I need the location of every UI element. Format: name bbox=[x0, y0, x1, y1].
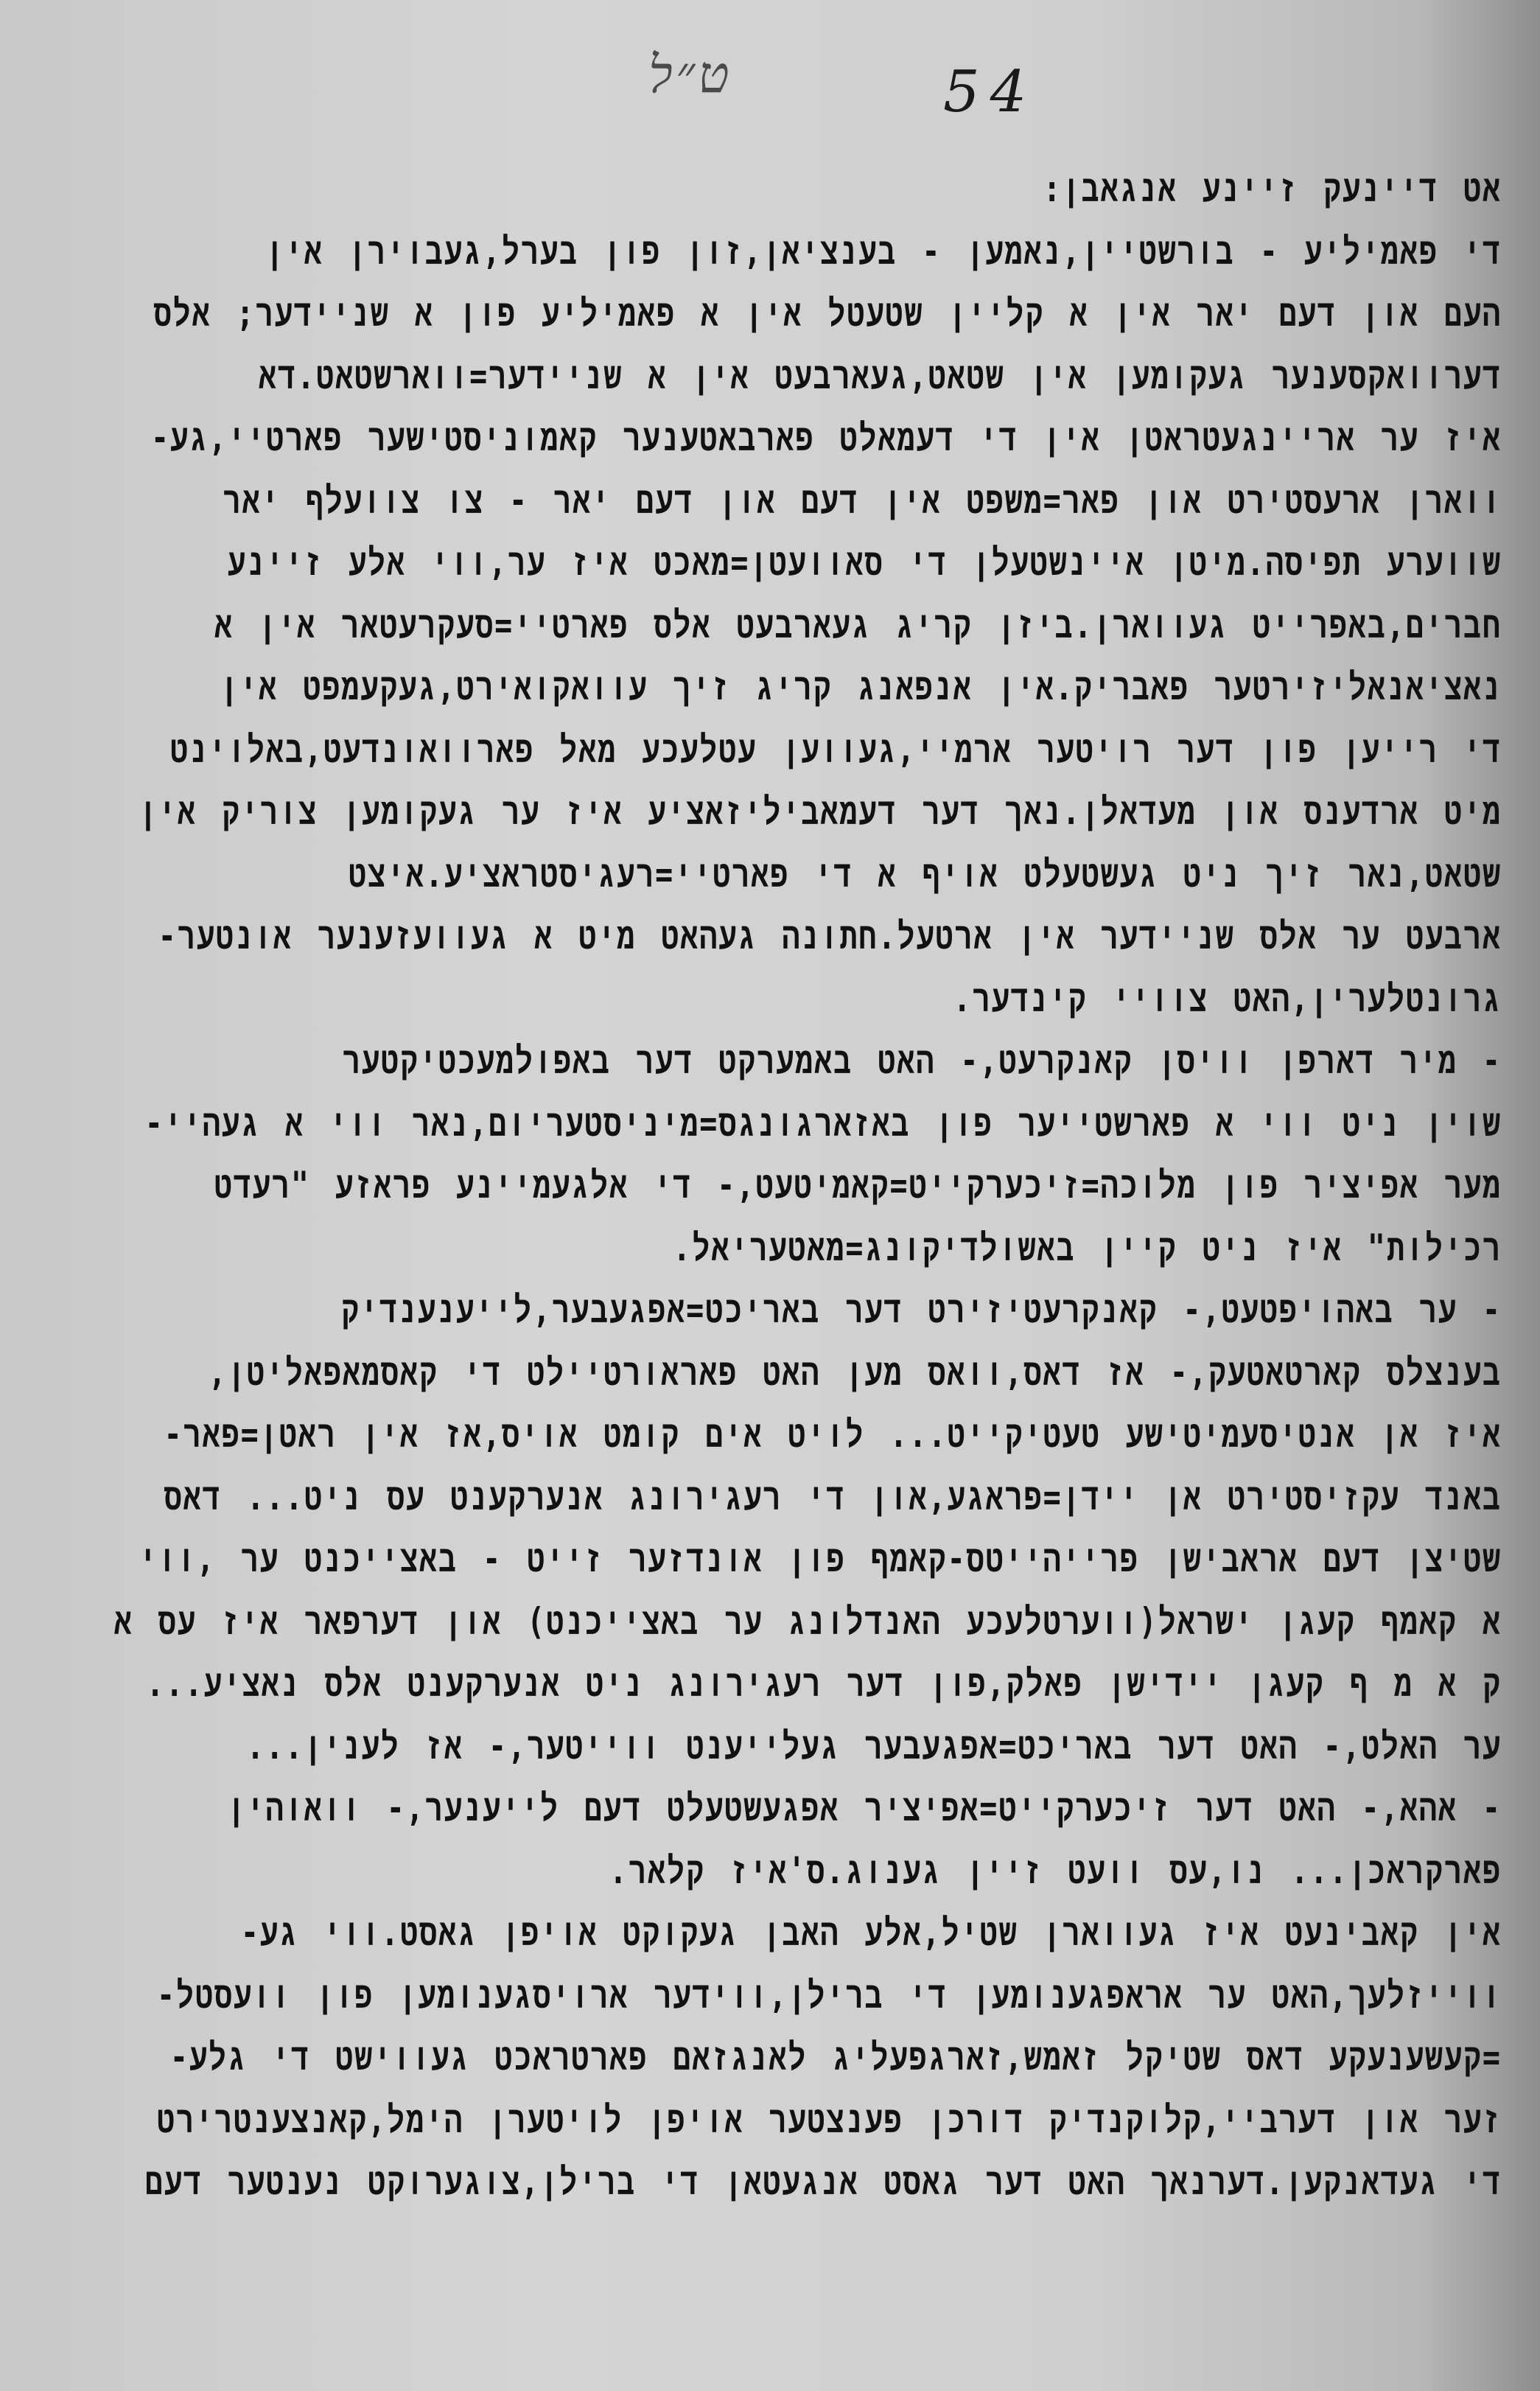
page-header: ט״ל 54 bbox=[648, 29, 1091, 125]
document-page: ט״ל 54 אט דיינעק זיינע אנגאבן:די פאמיליע… bbox=[0, 0, 1540, 2391]
handwritten-mark: ט״ל bbox=[648, 44, 732, 105]
text-line: די געדאנקען.דערנאך האט דער גאסט אנגעטאן … bbox=[21, 2143, 1502, 2221]
page-number: 54 bbox=[943, 59, 1037, 125]
typed-text-body: אט דיינעק זיינע אנגאבן:די פאמיליע - בורש… bbox=[21, 158, 1502, 2214]
